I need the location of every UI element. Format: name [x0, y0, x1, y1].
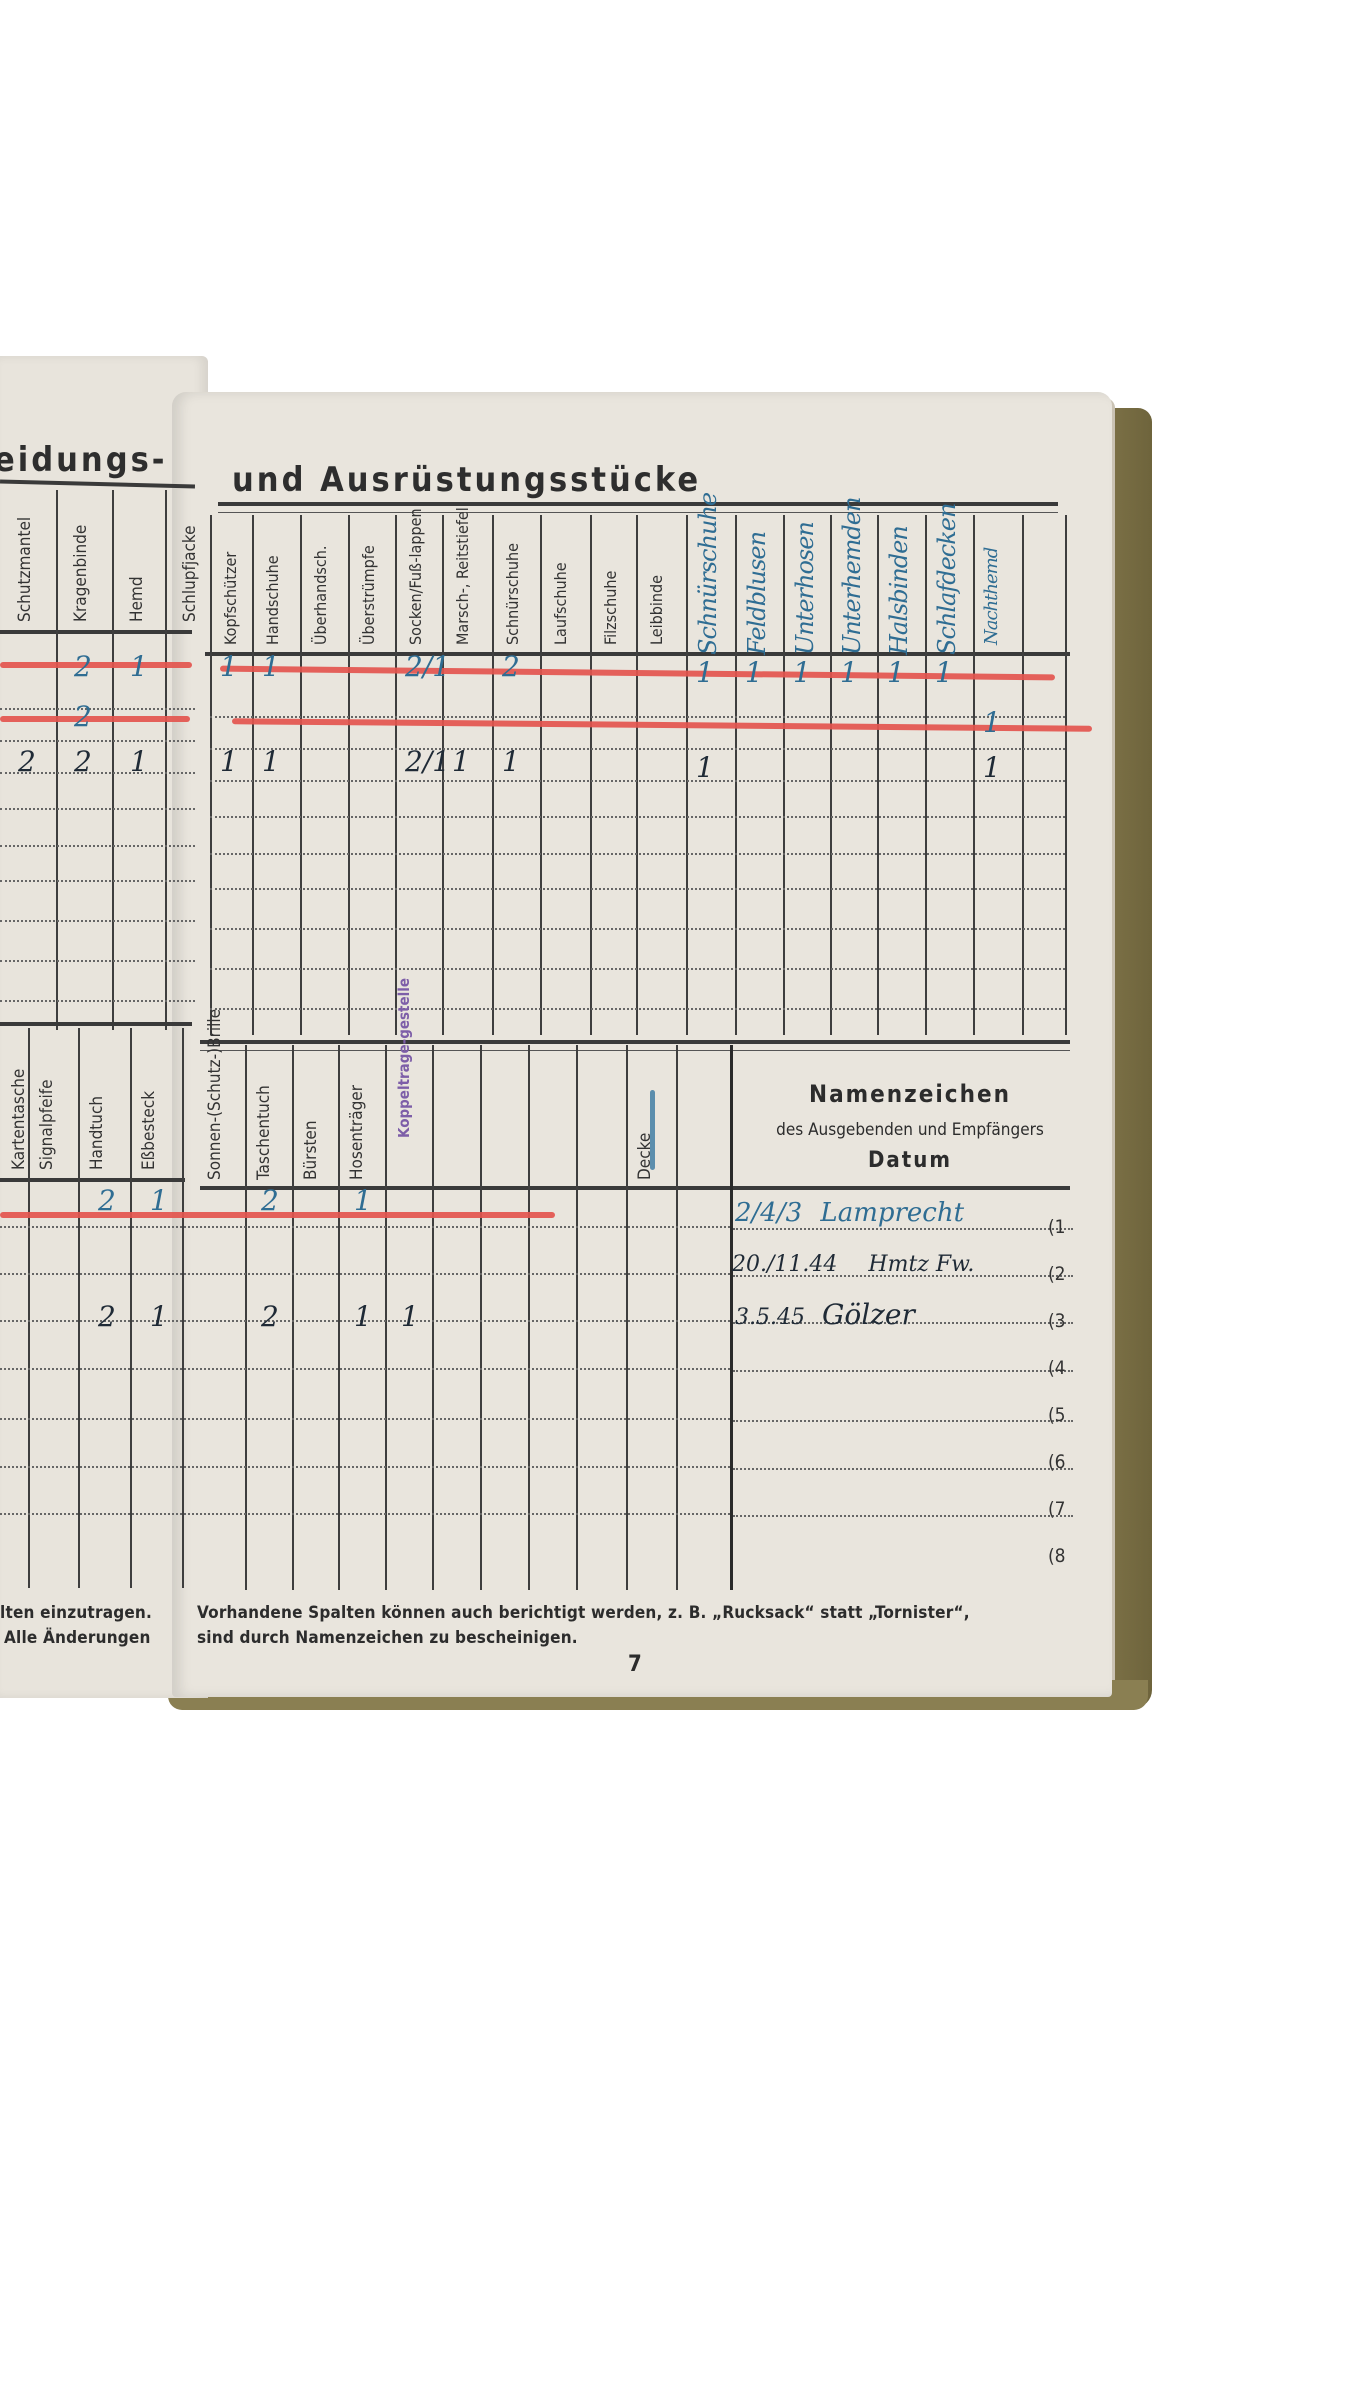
column-divider — [783, 515, 785, 1035]
dotted-row-line — [210, 968, 1065, 970]
dotted-row-line — [210, 816, 1065, 818]
column-divider — [830, 515, 832, 1035]
cell-value: 1 — [150, 1300, 168, 1333]
title-right: und Ausrüstungsstücke — [232, 460, 701, 500]
dotted-row-line — [0, 1418, 730, 1420]
cell-value: 1 — [262, 650, 280, 683]
column-divider — [395, 515, 397, 1035]
lower-body-rule-right — [200, 1186, 1070, 1190]
entry-1-signature: Lamprecht — [820, 1198, 964, 1228]
upper-header-rule-right-thin — [218, 512, 1058, 513]
column-divider — [245, 1045, 247, 1590]
dotted-row-line — [0, 1000, 195, 1002]
handwritten-column-header: Nachthemd — [981, 485, 1002, 645]
lower-column-header: Koppeltrage-gestelle — [395, 1048, 413, 1138]
signature-row-number: (8 — [1048, 1545, 1066, 1567]
signature-row-number: (3 — [1048, 1310, 1066, 1332]
column-divider — [730, 1045, 733, 1590]
dotted-row-line — [733, 1370, 1073, 1372]
footnote-right-line-1: Vorhandene Spalten können auch berichtig… — [197, 1603, 970, 1623]
dotted-row-line — [0, 740, 195, 742]
entry-1-date: 2/4/3 — [735, 1198, 802, 1228]
dotted-row-line — [0, 880, 195, 882]
cell-value: 2 — [98, 1184, 116, 1217]
signature-row-number: (2 — [1048, 1263, 1066, 1285]
handwritten-column-header: Unterhosen — [791, 445, 819, 655]
dotted-row-line — [0, 1466, 730, 1468]
lower-column-header: Signalpfeife — [38, 1035, 56, 1170]
column-divider — [165, 490, 167, 1030]
column-divider — [576, 1045, 578, 1590]
column-divider — [252, 515, 254, 1035]
upper-column-header: Schutzmantel — [16, 492, 34, 622]
cell-value: 2 — [261, 1300, 279, 1333]
cell-value: 1 — [220, 650, 238, 683]
cell-value: 1 — [745, 656, 763, 689]
dotted-row-line — [733, 1228, 1073, 1230]
column-divider — [56, 490, 58, 1030]
dotted-row-line — [0, 1226, 730, 1228]
column-divider — [348, 515, 350, 1035]
title-left: eidungs- — [0, 440, 168, 480]
lower-header-rule-left — [0, 1022, 192, 1026]
dotted-row-line — [0, 1368, 730, 1370]
upper-column-header: Kragenbinde — [72, 492, 90, 622]
cell-value: 2 — [74, 745, 92, 778]
cell-value: 1 — [220, 745, 238, 778]
lower-column-header: Sonnen-(Schutz-)Brille — [206, 1060, 224, 1180]
entry-3-date: 3.5.45 — [735, 1305, 805, 1330]
cell-value: 1 — [840, 656, 858, 689]
upper-column-header: Socken/Fuß-lappen — [407, 520, 425, 645]
upper-column-header: Schnürschuhe — [504, 520, 522, 645]
column-divider — [492, 515, 494, 1035]
handwritten-column-header: Feldblusen — [743, 445, 771, 655]
upper-column-header: Marsch-, Reitstiefel — [454, 520, 472, 645]
ink-mark — [650, 1090, 655, 1170]
date-label: Datum — [740, 1148, 1080, 1173]
cell-value: 1 — [354, 1184, 372, 1217]
dotted-row-line — [210, 1008, 1065, 1010]
upper-column-header: Filzschuhe — [602, 520, 620, 645]
column-divider — [210, 515, 212, 1035]
lower-header-rule-right — [200, 1040, 1070, 1044]
column-divider — [686, 515, 688, 1035]
upper-column-header: Kopfschützer — [222, 520, 240, 645]
page-number: 7 — [628, 1652, 642, 1677]
cell-value: 1 — [262, 745, 280, 778]
dotted-row-line — [210, 716, 1065, 718]
dotted-row-line — [210, 853, 1065, 855]
cell-value: 2/1 — [405, 745, 450, 778]
column-divider — [112, 490, 114, 1030]
upper-body-rule-left — [0, 630, 192, 634]
signature-row-number: (5 — [1048, 1404, 1066, 1426]
dotted-row-line — [0, 1513, 730, 1515]
dotted-row-line — [210, 748, 1065, 750]
column-divider — [925, 515, 927, 1035]
lower-header-rule-right-thin — [200, 1050, 1070, 1051]
column-divider — [292, 1045, 294, 1590]
signature-entry-2: 20./11.44 Hmtz Fw. — [732, 1252, 974, 1277]
signature-row-number: (6 — [1048, 1451, 1066, 1473]
upper-column-header: Überhandsch. — [312, 520, 330, 645]
signature-row-number: (4 — [1048, 1357, 1066, 1379]
column-divider — [626, 1045, 628, 1590]
dotted-row-line — [0, 1273, 730, 1275]
column-divider — [130, 1028, 132, 1588]
column-divider — [182, 1028, 184, 1588]
soldbuch-open-spread: eidungs- und Ausrüstungsstücke Schutzman… — [0, 0, 1350, 2400]
cell-value: 1 — [793, 656, 811, 689]
cell-value: 1 — [401, 1300, 419, 1333]
column-divider — [1065, 515, 1067, 1035]
column-divider — [300, 515, 302, 1035]
upper-column-header: Leibbinde — [648, 520, 666, 645]
column-divider — [540, 515, 542, 1035]
cell-value: 1 — [696, 751, 714, 784]
dotted-row-line — [210, 928, 1065, 930]
cell-value: 1 — [696, 656, 714, 689]
column-divider — [78, 1028, 80, 1588]
lower-column-header: Eßbesteck — [140, 1035, 158, 1170]
signature-row-number: (1 — [1048, 1216, 1066, 1238]
signature-row-number: (7 — [1048, 1498, 1066, 1520]
cell-value: 1 — [452, 745, 470, 778]
cell-value: 2/1 — [405, 650, 450, 683]
cell-value: 1 — [354, 1300, 372, 1333]
column-divider — [735, 515, 737, 1035]
cell-value: 1 — [935, 656, 953, 689]
dotted-row-line — [0, 920, 195, 922]
entry-2-date: 20./11.44 — [732, 1252, 837, 1277]
dotted-row-line — [210, 888, 1065, 890]
entry-3-signature: Gölzer — [822, 1298, 915, 1331]
dotted-row-line — [0, 708, 195, 710]
upper-column-header: Laufschuhe — [552, 520, 570, 645]
footnote-left-line-1: lten einzutragen. — [0, 1603, 152, 1623]
signature-entry-1: 2/4/3 Lamprecht — [735, 1198, 964, 1228]
signature-entry-3: 3.5.45 Gölzer — [735, 1298, 915, 1331]
cell-value: 2 — [74, 650, 92, 683]
cell-value: 1 — [983, 751, 1001, 784]
signature-title: Namenzeichen — [740, 1080, 1080, 1108]
dotted-row-line — [733, 1515, 1073, 1517]
cell-value: 2 — [502, 650, 520, 683]
cell-value: 1 — [887, 656, 905, 689]
entry-2-signature: Hmtz Fw. — [868, 1252, 974, 1277]
cell-value: 1 — [502, 745, 520, 778]
upper-column-header: Handschuhe — [264, 520, 282, 645]
column-divider — [385, 1045, 387, 1590]
cell-value: 2 — [74, 700, 92, 733]
lower-column-header: Bürsten — [302, 1060, 320, 1180]
column-divider — [877, 515, 879, 1035]
lower-column-header: Handtuch — [88, 1035, 106, 1170]
column-divider — [1022, 515, 1024, 1035]
lower-column-header: Taschentuch — [255, 1060, 273, 1180]
upper-column-header: Überstrümpfe — [360, 520, 378, 645]
cell-value: 1 — [983, 706, 1001, 739]
cell-value: 2 — [18, 745, 36, 778]
lower-column-header: Kartentasche — [10, 1035, 28, 1170]
dotted-row-line — [0, 808, 195, 810]
cell-value: 1 — [150, 1184, 168, 1217]
column-divider — [528, 1045, 530, 1590]
footnote-right-line-2: sind durch Namenzeichen zu bescheinigen. — [197, 1628, 578, 1648]
cell-value: 1 — [130, 650, 148, 683]
column-divider — [636, 515, 638, 1035]
column-divider — [432, 1045, 434, 1590]
dotted-row-line — [0, 845, 195, 847]
lower-column-header: Hosenträger — [348, 1060, 366, 1180]
cell-value: 2 — [261, 1184, 279, 1217]
handwritten-column-header: Schlafdecken — [933, 445, 961, 655]
cell-value: 2 — [98, 1300, 116, 1333]
cell-value: 1 — [130, 745, 148, 778]
column-divider — [28, 1028, 30, 1588]
handwritten-column-header: Schnürschuhe — [694, 445, 722, 655]
upper-column-header: Schlupfjacke — [181, 492, 199, 622]
handwritten-column-header: Halsbinden — [885, 445, 913, 655]
dotted-row-line — [733, 1420, 1073, 1422]
upper-column-header: Hemd — [128, 492, 146, 622]
red-strike-line — [0, 716, 190, 722]
dotted-row-line — [733, 1468, 1073, 1470]
handwritten-column-header: Unterhemden — [838, 445, 866, 655]
dotted-row-line — [0, 960, 195, 962]
column-divider — [338, 1045, 340, 1590]
column-divider — [480, 1045, 482, 1590]
red-strike-line — [0, 662, 192, 668]
column-divider — [590, 515, 592, 1035]
dotted-row-line — [210, 780, 1065, 782]
column-divider — [973, 515, 975, 1035]
signature-subtitle: des Ausgebenden und Empfängers — [740, 1120, 1080, 1140]
footnote-left-line-2: Alle Änderungen — [4, 1628, 151, 1648]
column-divider — [676, 1045, 678, 1590]
upper-header-rule-right — [218, 502, 1058, 506]
